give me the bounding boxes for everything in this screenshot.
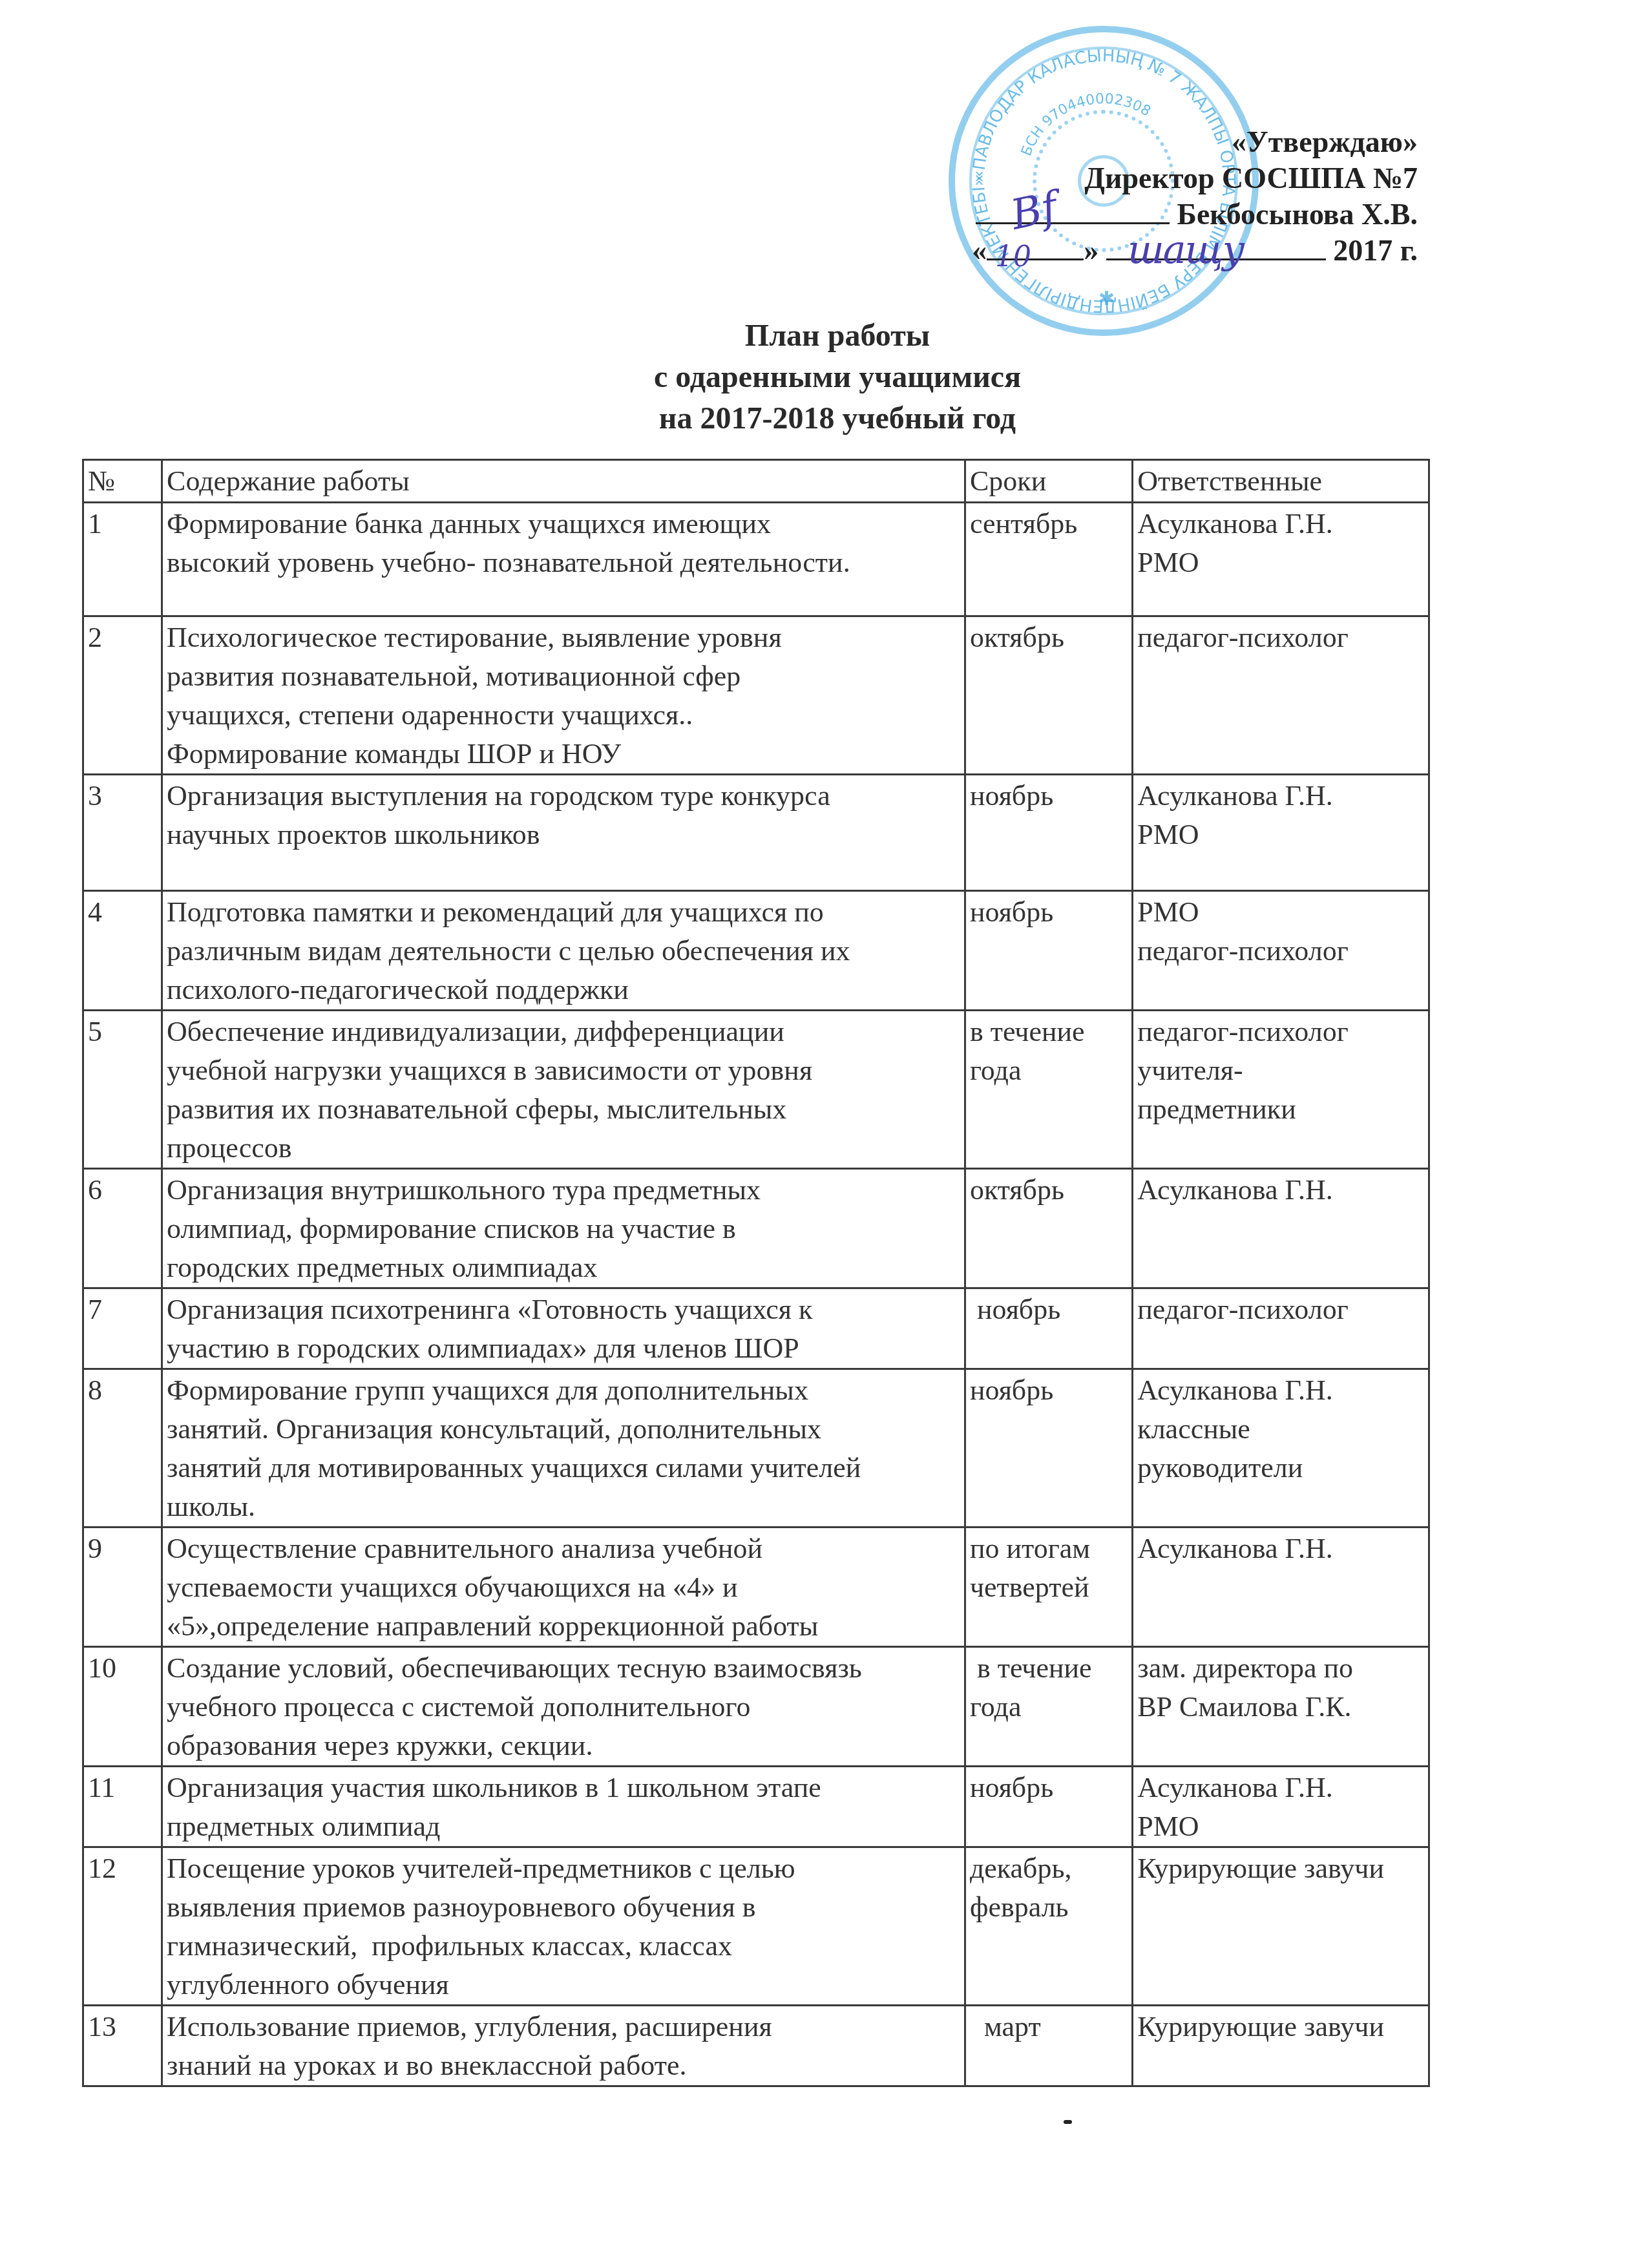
dates-cell: ноябрь (965, 1369, 1132, 1528)
responsible-line: Асулканова Г.Н. (1137, 1769, 1424, 1807)
work-content-line: олимпиад, формирование списков на участи… (167, 1210, 960, 1248)
responsible-line: РМО (1137, 543, 1424, 582)
responsible-line: зам. директора по (1137, 1649, 1424, 1688)
dates-line: четвертей (970, 1568, 1128, 1607)
signature-line (976, 222, 1170, 224)
responsible-line: классные (1137, 1410, 1424, 1449)
responsible-line: ВР Смаилова Г.К. (1137, 1688, 1424, 1727)
responsible-line: педагог-психолог (1137, 618, 1424, 657)
responsible-line: Курирующие завучи (1137, 2008, 1424, 2046)
responsible-cell: Асулканова Г.Н.РМО (1133, 1767, 1429, 1847)
table-row: 9Осуществление сравнительного анализа уч… (83, 1528, 1429, 1647)
work-content-cell: Организация участия школьников в 1 школь… (162, 1767, 965, 1847)
dates-line: декабрь, (970, 1849, 1128, 1888)
responsible-line: предметники (1137, 1090, 1424, 1129)
header-responsible: Ответственные (1133, 460, 1429, 503)
dates-cell: декабрь,февраль (965, 1847, 1132, 2006)
table-row: 13Использование приемов, углубления, рас… (83, 2006, 1429, 2086)
dates-line: в течение (970, 1649, 1128, 1688)
table-row: 7Организация психотренинга «Готовность у… (83, 1288, 1429, 1369)
work-content-line: Организация психотренинга «Готовность уч… (167, 1290, 960, 1329)
row-number: 2 (83, 616, 162, 775)
work-content-cell: Организация психотренинга «Готовность уч… (162, 1288, 965, 1369)
title-line-3: на 2017-2018 учебный год (0, 398, 1649, 439)
stray-mark (1064, 2120, 1072, 2124)
work-content-line: Формирование групп учащихся для дополнит… (167, 1371, 960, 1410)
row-number: 8 (83, 1369, 162, 1528)
work-content-line: углубленного обучения (167, 1966, 960, 2004)
table-row: 8Формирование групп учащихся для дополни… (83, 1369, 1429, 1528)
dates-line: март (970, 2008, 1128, 2046)
dates-line: октябрь (970, 618, 1128, 657)
responsible-line: Асулканова Г.Н. (1137, 1371, 1424, 1410)
dates-cell: октябрь (965, 1169, 1132, 1288)
work-content-line: успеваемости учащихся обучающихся на «4»… (167, 1568, 960, 1607)
responsible-cell: Асулканова Г.Н.РМО (1133, 503, 1429, 616)
responsible-cell: Асулканова Г.Н. (1133, 1528, 1429, 1647)
title-line-2: с одаренными учащимися (0, 357, 1649, 398)
work-content-line: Обеспечение индивидуализации, дифференци… (167, 1013, 960, 1051)
work-content-line: занятий для мотивированных учащихся сила… (167, 1449, 960, 1487)
table-row: 3Организация выступления на городском ту… (83, 775, 1429, 891)
work-content-line: городских предметных олимпиадах (167, 1248, 960, 1287)
dates-line: октябрь (970, 1171, 1128, 1210)
dates-line: ноябрь (970, 893, 1128, 932)
table-row: 5Обеспечение индивидуализации, дифференц… (83, 1011, 1429, 1169)
table-body: 1Формирование банка данных учащихся имею… (83, 503, 1429, 2086)
work-content-line: психолого-педагогической поддержки (167, 971, 960, 1009)
handwritten-month: шащу (1128, 227, 1243, 273)
work-content-cell: Организация внутришкольного тура предмет… (162, 1169, 965, 1288)
work-content-line: различным видам деятельности с целью обе… (167, 932, 960, 971)
responsible-line: учителя- (1137, 1051, 1424, 1090)
responsible-line: Асулканова Г.Н. (1137, 777, 1424, 815)
work-content-line: учебного процесса с системой дополнитель… (167, 1688, 960, 1727)
work-content-line: участию в городских олимпиадах» для член… (167, 1329, 960, 1368)
dates-cell: по итогамчетвертей (965, 1528, 1132, 1647)
responsible-line: РМО (1137, 815, 1424, 854)
work-content-line: высокий уровень учебно- познавательной д… (167, 543, 960, 582)
dates-line: года (970, 1051, 1128, 1090)
row-number: 3 (83, 775, 162, 891)
dates-cell: в течениегода (965, 1011, 1132, 1169)
dates-line: по итогам (970, 1529, 1128, 1568)
work-content-line: гимназический, профильных классах, класс… (167, 1927, 960, 1966)
header-dates: Сроки (965, 460, 1132, 503)
work-content-line: Использование приемов, углубления, расши… (167, 2008, 960, 2046)
table-row: 10Создание условий, обеспечивающих тесну… (83, 1647, 1429, 1767)
work-content-cell: Использование приемов, углубления, расши… (162, 2006, 965, 2086)
header-work-content: Содержание работы (162, 460, 965, 503)
dates-cell: в течениегода (965, 1647, 1132, 1767)
responsible-cell: педагог-психолог (1133, 616, 1429, 775)
row-number: 4 (83, 891, 162, 1011)
work-content-cell: Посещение уроков учителей-предметников с… (162, 1847, 965, 2006)
work-content-line: Организация выступления на городском тур… (167, 777, 960, 815)
responsible-cell: Асулканова Г.Н. (1133, 1169, 1429, 1288)
work-content-line: предметных олимпиад (167, 1807, 960, 1846)
work-content-cell: Организация выступления на городском тур… (162, 775, 965, 891)
work-content-cell: Обеспечение индивидуализации, дифференци… (162, 1011, 965, 1169)
handwritten-day: 10 (995, 240, 1031, 273)
dates-cell: сентябрь (965, 503, 1132, 616)
dates-cell: октябрь (965, 616, 1132, 775)
work-content-line: развития их познавательной сферы, мыслит… (167, 1090, 960, 1129)
row-number: 12 (83, 1847, 162, 2006)
work-content-line: знаний на уроках и во внеклассной работе… (167, 2046, 960, 2085)
dates-line: февраль (970, 1888, 1128, 1927)
responsible-cell: РМОпедагог-психолог (1133, 891, 1429, 1011)
approval-heading: «Утверждаю» (972, 124, 1418, 160)
responsible-cell: Асулканова Г.Н.РМО (1133, 775, 1429, 891)
date-close-quote: » (1084, 234, 1098, 267)
dates-line: ноябрь (970, 1769, 1128, 1807)
table-row: 2Психологическое тестирование, выявление… (83, 616, 1429, 775)
dates-cell: ноябрь (965, 891, 1132, 1011)
work-content-line: Осуществление сравнительного анализа уче… (167, 1529, 960, 1568)
work-content-line: Подготовка памятки и рекомендаций для уч… (167, 893, 960, 932)
work-content-line: Формирование банка данных учащихся имеющ… (167, 505, 960, 543)
work-content-line: занятий. Организация консультаций, допол… (167, 1410, 960, 1449)
table-row: 1Формирование банка данных учащихся имею… (83, 503, 1429, 616)
header-number: № (83, 460, 162, 503)
dates-line: ноябрь (970, 1290, 1128, 1329)
work-content-line: процессов (167, 1129, 960, 1168)
table-row: 4Подготовка памятки и рекомендаций для у… (83, 891, 1429, 1011)
date-open-quote: « (972, 234, 987, 267)
work-content-line: Формирование команды ШОР и НОУ (167, 735, 960, 773)
row-number: 10 (83, 1647, 162, 1767)
responsible-line: педагог-психолог (1137, 1290, 1424, 1329)
responsible-line: Асулканова Г.Н. (1137, 505, 1424, 543)
table-header-row: № Содержание работы Сроки Ответственные (83, 460, 1429, 503)
work-content-cell: Формирование банка данных учащихся имеющ… (162, 503, 965, 616)
table-row: 12Посещение уроков учителей-предметников… (83, 1847, 1429, 2006)
row-number: 11 (83, 1767, 162, 1847)
work-content-line: «5»,определение направлений коррекционно… (167, 1607, 960, 1646)
responsible-cell: Курирующие завучи (1133, 1847, 1429, 2006)
dates-cell: ноябрь (965, 1288, 1132, 1369)
dates-cell: ноябрь (965, 775, 1132, 891)
dates-line: года (970, 1688, 1128, 1727)
responsible-line: РМО (1137, 1807, 1424, 1846)
work-content-cell: Формирование групп учащихся для дополнит… (162, 1369, 965, 1528)
responsible-line: педагог-психолог (1137, 1013, 1424, 1051)
responsible-cell: Курирующие завучи (1133, 2006, 1429, 2086)
work-content-cell: Осуществление сравнительного анализа уче… (162, 1528, 965, 1647)
responsible-line: Асулканова Г.Н. (1137, 1171, 1424, 1210)
title-line-1: План работы (0, 315, 1649, 357)
dates-line: ноябрь (970, 777, 1128, 815)
responsible-line: педагог-психолог (1137, 932, 1424, 971)
responsible-cell: педагог-психологучителя-предметники (1133, 1011, 1429, 1169)
work-content-cell: Психологическое тестирование, выявление … (162, 616, 965, 775)
work-plan-table: № Содержание работы Сроки Ответственные … (82, 459, 1430, 2087)
dates-cell: ноябрь (965, 1767, 1132, 1847)
table-row: 11Организация участия школьников в 1 шко… (83, 1767, 1429, 1847)
row-number: 9 (83, 1528, 162, 1647)
work-content-line: учащихся, степени одаренности учащихся.. (167, 696, 960, 735)
dates-line: ноябрь (970, 1371, 1128, 1410)
work-content-line: Психологическое тестирование, выявление … (167, 618, 960, 657)
responsible-line: руководители (1137, 1449, 1424, 1487)
work-content-line: Создание условий, обеспечивающих тесную … (167, 1649, 960, 1688)
handwritten-signature: Bf (1007, 183, 1062, 239)
dates-line: в течение (970, 1013, 1128, 1051)
responsible-line: Курирующие завучи (1137, 1849, 1424, 1888)
work-content-cell: Создание условий, обеспечивающих тесную … (162, 1647, 965, 1767)
row-number: 1 (83, 503, 162, 616)
row-number: 7 (83, 1288, 162, 1369)
responsible-cell: зам. директора поВР Смаилова Г.К. (1133, 1647, 1429, 1767)
approval-year: 2017 г. (1333, 234, 1418, 267)
row-number: 13 (83, 2006, 162, 2086)
director-name: Бекбосынова Х.В. (1177, 198, 1418, 231)
dates-cell: март (965, 2006, 1132, 2086)
work-content-line: Организация участия школьников в 1 школь… (167, 1769, 960, 1807)
work-content-line: Организация внутришкольного тура предмет… (167, 1171, 960, 1210)
work-content-line: развития познавательной, мотивационной с… (167, 657, 960, 696)
responsible-cell: Асулканова Г.Н.классныеруководители (1133, 1369, 1429, 1528)
responsible-line: РМО (1137, 893, 1424, 932)
responsible-cell: педагог-психолог (1133, 1288, 1429, 1369)
table-row: 6Организация внутришкольного тура предме… (83, 1169, 1429, 1288)
work-content-line: выявления приемов разноуровневого обучен… (167, 1888, 960, 1927)
work-content-line: учебной нагрузки учащихся в зависимости … (167, 1051, 960, 1090)
work-content-line: научных проектов школьников (167, 815, 960, 854)
work-content-line: образования через кружки, секции. (167, 1727, 960, 1765)
document-title: План работы с одаренными учащимися на 20… (0, 315, 1649, 439)
work-content-line: Посещение уроков учителей-предметников с… (167, 1849, 960, 1888)
row-number: 5 (83, 1011, 162, 1169)
work-content-cell: Подготовка памятки и рекомендаций для уч… (162, 891, 965, 1011)
responsible-line: Асулканова Г.Н. (1137, 1529, 1424, 1568)
work-content-line: школы. (167, 1487, 960, 1526)
dates-line: сентябрь (970, 505, 1128, 543)
row-number: 6 (83, 1169, 162, 1288)
